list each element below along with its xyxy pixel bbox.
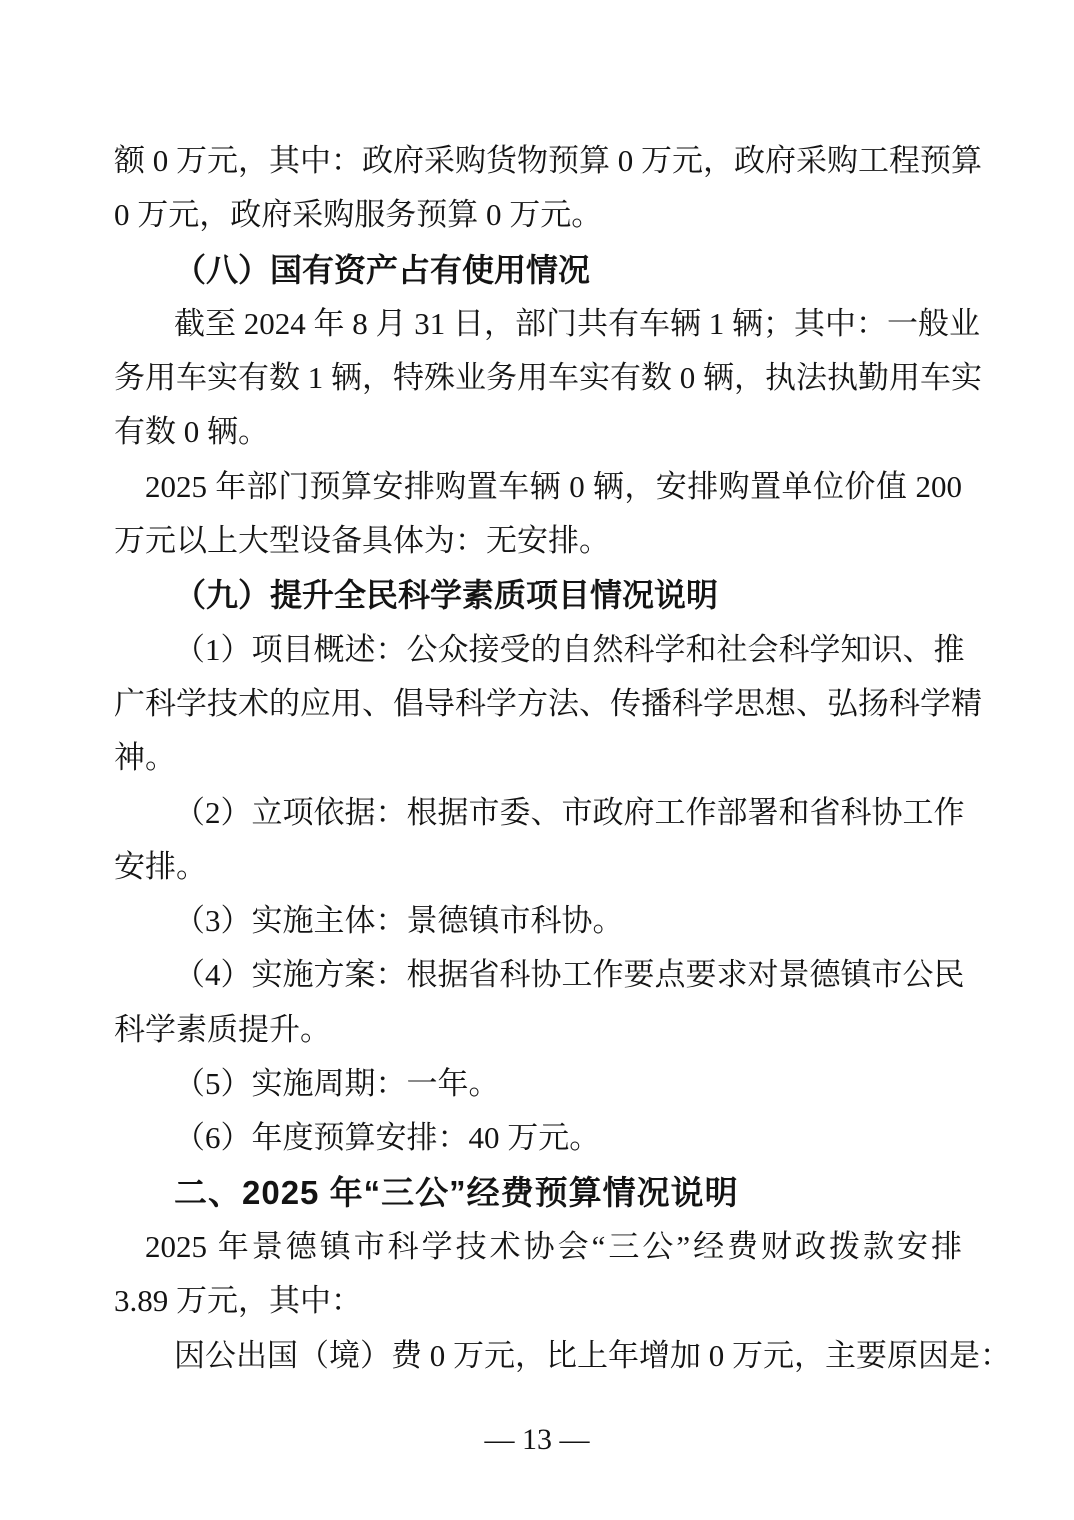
- section-heading: （九）提升全民科学素质项目情况说明: [114, 568, 962, 622]
- text-line: 有数 0 辆。: [114, 405, 962, 459]
- text-line: 0 万元，政府采购服务预算 0 万元。: [114, 188, 962, 242]
- text-line: （3）实施主体：景德镇市科协。: [114, 894, 962, 948]
- text-line: 2025 年景德镇市科学技术协会“三公”经费财政拨款安排: [114, 1220, 962, 1274]
- text-line: 神。: [114, 731, 962, 785]
- text-line: 2025 年部门预算安排购置车辆 0 辆，安排购置单位价值 200: [114, 460, 962, 514]
- text-line: （1）项目概述：公众接受的自然科学和社会科学知识、推: [114, 623, 962, 677]
- text-line: 因公出国（境）费 0 万元，比上年增加 0 万元，主要原因是：: [114, 1329, 962, 1383]
- text-line: （2）立项依据：根据市委、市政府工作部署和省科协工作: [114, 786, 962, 840]
- text-line: 额 0 万元，其中：政府采购货物预算 0 万元，政府采购工程预算: [114, 134, 962, 188]
- text-line: 务用车实有数 1 辆，特殊业务用车实有数 0 辆，执法执勤用车实: [114, 351, 962, 405]
- text-line: 截至 2024 年 8 月 31 日，部门共有车辆 1 辆；其中：一般业: [114, 297, 962, 351]
- chapter-heading: 二、2025 年“三公”经费预算情况说明: [114, 1166, 962, 1220]
- page-number: — 13 —: [0, 1420, 1074, 1460]
- text-line: 广科学技术的应用、倡导科学方法、传播科学思想、弘扬科学精: [114, 677, 962, 731]
- text-line: 安排。: [114, 840, 962, 894]
- document-body: 额 0 万元，其中：政府采购货物预算 0 万元，政府采购工程预算0 万元，政府采…: [114, 134, 962, 1383]
- section-heading: （八）国有资产占有使用情况: [114, 243, 962, 297]
- text-line: （6）年度预算安排：40 万元。: [114, 1111, 962, 1165]
- text-line: （5）实施周期：一年。: [114, 1057, 962, 1111]
- text-line: 万元以上大型设备具体为：无安排。: [114, 514, 962, 568]
- document-page: 额 0 万元，其中：政府采购货物预算 0 万元，政府采购工程预算0 万元，政府采…: [0, 0, 1074, 1520]
- text-line: 3.89 万元，其中：: [114, 1274, 962, 1328]
- text-line: 科学素质提升。: [114, 1003, 962, 1057]
- text-line: （4）实施方案：根据省科协工作要点要求对景德镇市公民: [114, 948, 962, 1002]
